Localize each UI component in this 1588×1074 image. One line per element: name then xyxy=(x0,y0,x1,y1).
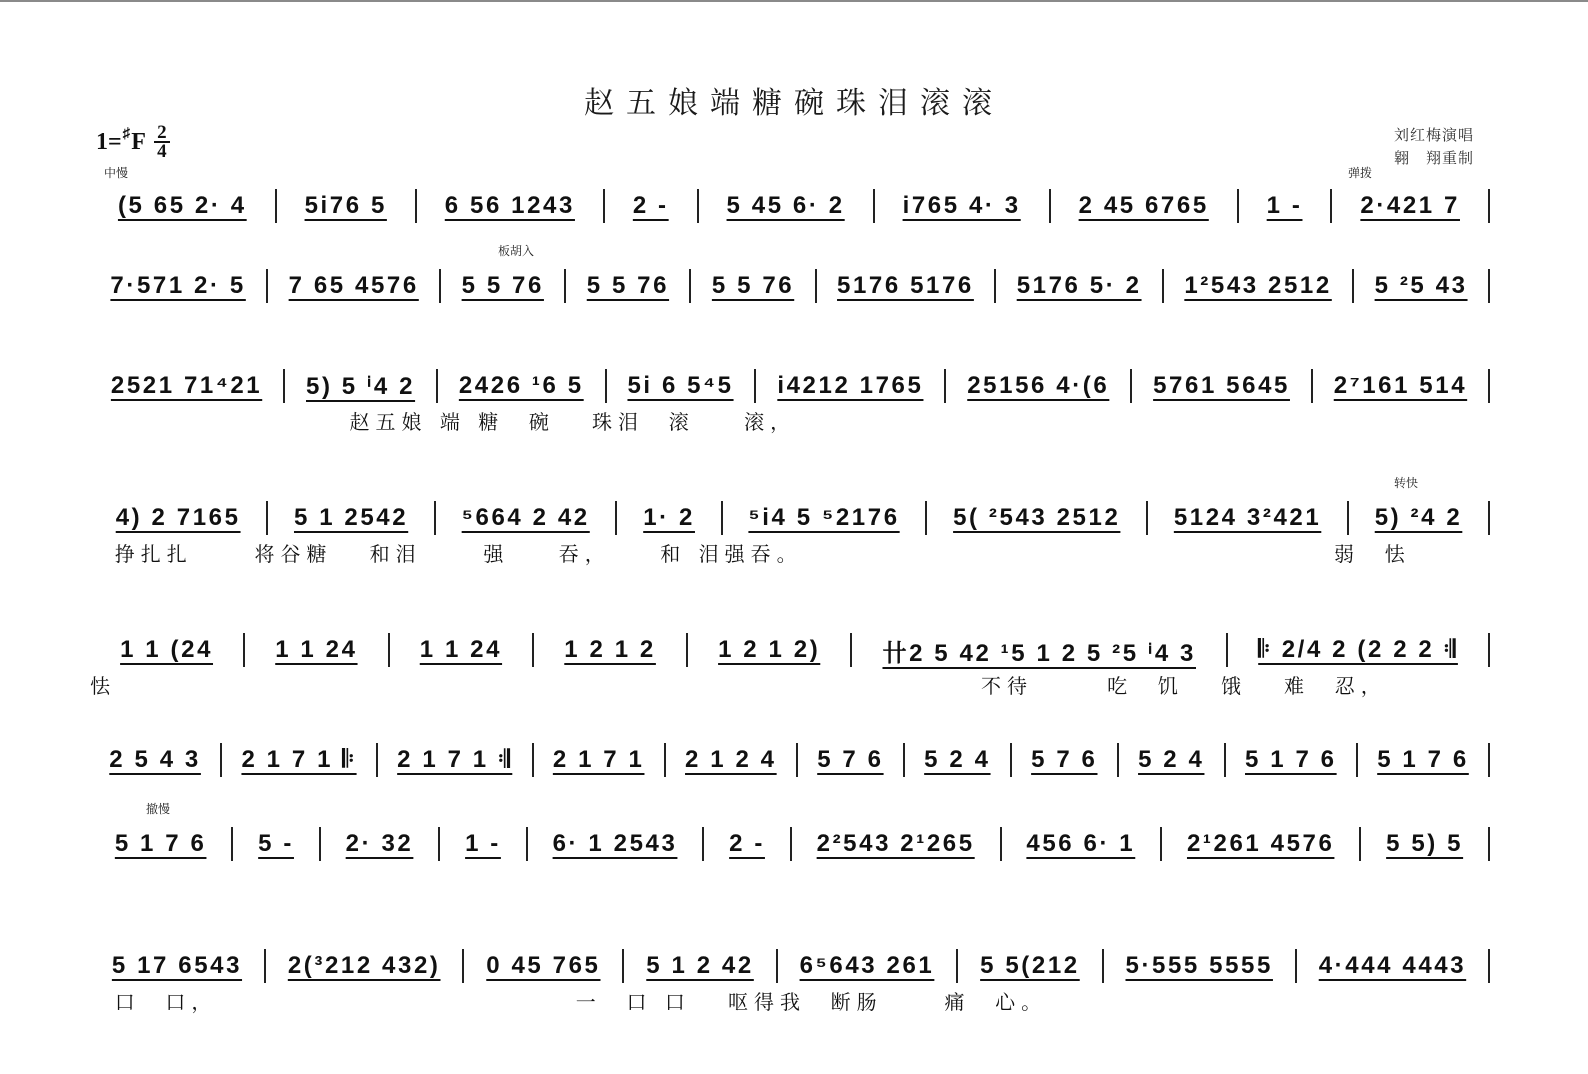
lyrics-line: 怯 不待 吃 饥 饿 难 忍， xyxy=(90,670,1490,700)
tempo-annotation: 板胡入 xyxy=(498,242,534,259)
time-bottom: 4 xyxy=(157,143,167,160)
notes-row: (5 65 2· 45i76 56 56 12432 -5 45 6· 2i76… xyxy=(90,186,1490,226)
measure: 2 - xyxy=(704,830,790,858)
staff-system: 5 1 7 65 -2· 321 -6· 1 25432 -2²543 2¹26… xyxy=(90,824,1490,864)
lyrics-line: 口 口， 一 口 口 呕得我 断肠 痛 心。 xyxy=(90,986,1490,1016)
measure: 2 - xyxy=(605,192,697,220)
notes-row: 5 17 65432(³212 432)0 45 7655 1 2 426⁵64… xyxy=(90,946,1490,986)
measure: 6⁵643 261 xyxy=(778,952,957,980)
measure: 0 45 765 xyxy=(464,952,622,980)
measure: 5·555 5555 xyxy=(1104,952,1295,980)
lyrics-line: 赵五娘 端 糖 碗 珠泪 滚 滚， xyxy=(90,406,1490,436)
measure: 𝄆 2/4 2 (2 2 2 𝄇 xyxy=(1228,636,1488,664)
measure: 5 1 7 6 xyxy=(1358,746,1488,774)
measure: 2²543 2¹265 xyxy=(792,830,1000,858)
measure: 5 1 7 6 xyxy=(1226,746,1356,774)
barline xyxy=(1488,827,1490,861)
measure: 2¹261 4576 xyxy=(1162,830,1359,858)
measure: 7·571 2· 5 xyxy=(90,272,266,300)
measure: 5 17 6543 xyxy=(90,952,264,980)
measure: 2·421 7 xyxy=(1332,192,1488,220)
measure: 2 1 2 4 xyxy=(666,746,796,774)
measure: 5176 5176 xyxy=(817,272,995,300)
time-signature: 2 4 xyxy=(154,124,170,160)
tempo-annotation: 中慢 xyxy=(104,164,128,181)
staff-system: 7·571 2· 57 65 45765 5 765 5 765 5 76517… xyxy=(90,266,1490,306)
notes-row: 5 1 7 65 -2· 321 -6· 1 25432 -2²543 2¹26… xyxy=(90,824,1490,864)
measure: 2 5 4 3 xyxy=(90,746,220,774)
credit-singer: 刘红梅演唱 xyxy=(1394,124,1474,147)
measure: 5i76 5 xyxy=(277,192,415,220)
staff-system: (5 65 2· 45i76 56 56 12432 -5 45 6· 2i76… xyxy=(90,186,1490,226)
measure: 5176 5· 2 xyxy=(996,272,1162,300)
measure: 1 2 1 2 xyxy=(534,636,686,664)
measure: 1 - xyxy=(440,830,526,858)
lyrics-line: 挣扎扎 将谷糖 和泪 强 吞， 和 泪强吞。 弱 怯 xyxy=(90,538,1490,568)
measure: 5 1 2542 xyxy=(268,504,434,532)
measure: 5 2 4 xyxy=(905,746,1010,774)
measure: 5124 3²421 xyxy=(1148,504,1347,532)
tempo-annotation: 转快 xyxy=(1394,474,1418,491)
measure: i4212 1765 xyxy=(756,372,944,400)
credit-arranger: 翱 翔重制 xyxy=(1394,147,1474,170)
measure: 6· 1 2543 xyxy=(528,830,703,858)
measure: ⁵664 2 42 xyxy=(436,504,616,532)
measure: 1²543 2512 xyxy=(1164,272,1352,300)
measure: ⁵i4 5 ⁵2176 xyxy=(723,504,926,532)
barline xyxy=(1488,269,1490,303)
measure: 2 45 6765 xyxy=(1051,192,1237,220)
measure: 5 45 6· 2 xyxy=(699,192,873,220)
measure: 卄2 5 42 ¹5 1 2 5 ²5 ⁱ4 3 xyxy=(852,633,1226,668)
measure: 5 7 6 xyxy=(1012,746,1117,774)
measure: 2 1 7 1 𝄆 xyxy=(222,746,376,774)
measure: 1 1 (24 xyxy=(90,636,243,664)
notes-row: 2521 71⁴215) 5 ⁱ4 22426 ¹6 55i 6 5⁴5i421… xyxy=(90,366,1490,406)
measure: 5 ²5 43 xyxy=(1354,272,1488,300)
measure: 1 1 24 xyxy=(390,636,533,664)
top-border xyxy=(0,0,1588,2)
measure: 5i 6 5⁴5 xyxy=(607,372,755,400)
barline xyxy=(1488,633,1490,667)
measure: 5 1 7 6 xyxy=(90,830,231,858)
staff-system: 2 5 4 32 1 7 1 𝄆2 1 7 1 𝄇2 1 7 12 1 2 45… xyxy=(90,740,1490,780)
credits: 刘红梅演唱 翱 翔重制 xyxy=(1394,124,1474,170)
measure: 5 5 76 xyxy=(566,272,689,300)
measure: 2521 71⁴21 xyxy=(90,372,283,400)
measure: 5 1 2 42 xyxy=(624,952,775,980)
staff-system: 2521 71⁴215) 5 ⁱ4 22426 ¹6 55i 6 5⁴5i421… xyxy=(90,366,1490,436)
measure: 456 6· 1 xyxy=(1002,830,1161,858)
measure: 1 1 24 xyxy=(245,636,388,664)
barline xyxy=(1488,189,1490,223)
time-top: 2 xyxy=(157,124,167,141)
measure: 5) 5 ⁱ4 2 xyxy=(285,372,436,401)
measure: 5 7 6 xyxy=(798,746,903,774)
measure: i765 4· 3 xyxy=(875,192,1049,220)
measure: 5) ²4 2 xyxy=(1349,504,1488,532)
tempo-annotation: 弹拨 xyxy=(1348,164,1372,181)
key-signature: 1= ♯ F 2 4 xyxy=(96,124,170,160)
staff-system: 4) 2 71655 1 2542⁵664 2 421· 2⁵i4 5 ⁵217… xyxy=(90,498,1490,568)
measure: 2(³212 432) xyxy=(266,952,462,980)
measure: 5 5(212 xyxy=(958,952,1101,980)
measure: 2 1 7 1 𝄇 xyxy=(378,746,532,774)
measure: 2426 ¹6 5 xyxy=(438,372,605,400)
measure: 5( ²543 2512 xyxy=(927,504,1146,532)
staff-system: 5 17 65432(³212 432)0 45 7655 1 2 426⁵64… xyxy=(90,946,1490,1016)
song-title: 赵五娘端糖碗珠泪滚滚 xyxy=(0,78,1588,122)
notes-row: 1 1 (241 1 241 1 241 2 1 21 2 1 2)卄2 5 4… xyxy=(90,630,1490,670)
tempo-annotation: 撤慢 xyxy=(146,800,170,817)
measure: 4·444 4443 xyxy=(1297,952,1488,980)
notes-row: 4) 2 71655 1 2542⁵664 2 421· 2⁵i4 5 ⁵217… xyxy=(90,498,1490,538)
key-label: 1= xyxy=(96,129,122,156)
notes-row: 7·571 2· 57 65 45765 5 765 5 765 5 76517… xyxy=(90,266,1490,306)
key-note: F xyxy=(131,129,146,156)
measure: 5 5) 5 xyxy=(1361,830,1488,858)
sharp-icon: ♯ xyxy=(123,126,131,143)
barline xyxy=(1488,743,1490,777)
barline xyxy=(1488,949,1490,983)
measure: 2· 32 xyxy=(321,830,438,858)
measure: 25156 4·(6 xyxy=(946,372,1130,400)
barline xyxy=(1488,501,1490,535)
measure: (5 65 2· 4 xyxy=(90,192,275,220)
measure: 5 5 76 xyxy=(691,272,814,300)
measure: 5 5 76 xyxy=(441,272,564,300)
measure: 5761 5645 xyxy=(1132,372,1311,400)
measure: 1 2 1 2) xyxy=(688,636,850,664)
notes-row: 2 5 4 32 1 7 1 𝄆2 1 7 1 𝄇2 1 7 12 1 2 45… xyxy=(90,740,1490,780)
barline xyxy=(1488,369,1490,403)
measure: 5 2 4 xyxy=(1119,746,1224,774)
measure: 2⁷161 514 xyxy=(1313,372,1488,400)
measure: 4) 2 7165 xyxy=(90,504,266,532)
measure: 2 1 7 1 xyxy=(534,746,664,774)
staff-system: 1 1 (241 1 241 1 241 2 1 21 2 1 2)卄2 5 4… xyxy=(90,630,1490,700)
measure: 1 - xyxy=(1239,192,1331,220)
measure: 7 65 4576 xyxy=(268,272,439,300)
measure: 6 56 1243 xyxy=(417,192,603,220)
measure: 5 - xyxy=(233,830,319,858)
measure: 1· 2 xyxy=(617,504,720,532)
